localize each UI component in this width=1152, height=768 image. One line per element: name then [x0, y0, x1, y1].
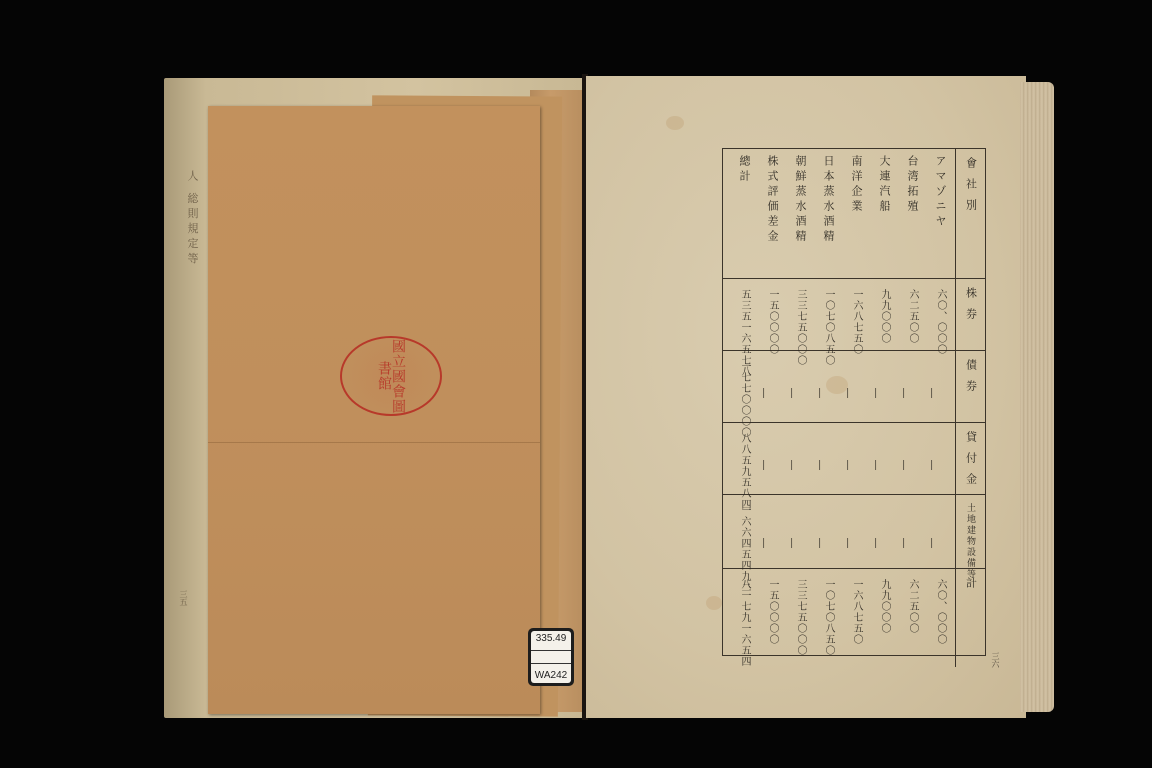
company-name: 日本蒸水酒精 — [814, 149, 836, 278]
company-name: 大連汽船 — [870, 149, 892, 278]
call-number-divider — [531, 650, 571, 664]
row-header: 計 — [955, 569, 985, 667]
table-row: 六〇、〇〇〇 六二五〇〇 九九〇〇〇 一六八七五〇 一〇七〇八五〇 三三七五〇〇… — [723, 279, 985, 351]
call-number-item: WA242 — [531, 668, 571, 683]
library-seal-stamp: 國立國會圖書館 — [340, 336, 442, 416]
table-cell: 一〇七〇八五〇 — [814, 569, 836, 667]
table-row: ― ― ― ― ― ― ― 一六六四五四九二 土地建物設備等 — [723, 495, 985, 569]
ledger-table: アマゾニヤ 台湾拓殖 大連汽船 南洋企業 日本蒸水酒精 朝鮮蒸水酒精 株式評価差… — [722, 148, 986, 656]
company-name: 台湾拓殖 — [898, 149, 920, 278]
seal-text: 國立國會圖書館 — [377, 338, 405, 414]
header-column-label: 會社別 — [955, 149, 985, 278]
table-row: ― ― ― ― ― ― ― 八八五九五八四 貸付金 — [723, 423, 985, 495]
company-name: 南洋企業 — [842, 149, 864, 278]
table-row: ― ― ― ― ― ― ― 一七七〇〇〇〇 債券 — [723, 351, 985, 423]
table-cell: 一五〇〇〇〇 — [758, 569, 780, 667]
call-number-class: 335.49 — [531, 631, 571, 646]
right-page-number: 三六 — [990, 652, 1001, 668]
table-cell: 九九〇〇〇 — [870, 569, 892, 667]
envelope-fold-line — [208, 442, 540, 443]
company-name: 朝鮮蒸水酒精 — [786, 149, 808, 278]
call-number-label: 335.49 WA242 — [528, 628, 574, 686]
left-page-number: 三五 — [178, 590, 189, 606]
table-cell-total: 八一七九一六五四 — [730, 569, 752, 667]
company-name: 株式評価差金 — [758, 149, 780, 278]
company-name: 總計 — [730, 149, 752, 278]
paper-stain — [706, 596, 722, 610]
left-margin-heading: 人 総則規定等 — [184, 170, 200, 268]
open-book: 人 総則規定等 三五 國立國會圖書館 335.49 WA242 アマゾニヤ 台湾… — [160, 72, 1060, 722]
table-cell: 三三七五〇〇〇 — [786, 569, 808, 667]
table-cell: 六二五〇〇 — [898, 569, 920, 667]
paper-stain — [666, 116, 684, 130]
table-cell: 六〇、〇〇〇 — [926, 569, 948, 667]
table-row-total: 六〇、〇〇〇 六二五〇〇 九九〇〇〇 一六八七五〇 一〇七〇八五〇 三三七五〇〇… — [723, 569, 985, 667]
table-cell: 一六八七五〇 — [842, 569, 864, 667]
page-block-edges — [1020, 82, 1054, 712]
table-header-row: アマゾニヤ 台湾拓殖 大連汽船 南洋企業 日本蒸水酒精 朝鮮蒸水酒精 株式評価差… — [723, 149, 985, 279]
company-name: アマゾニヤ — [926, 149, 948, 278]
